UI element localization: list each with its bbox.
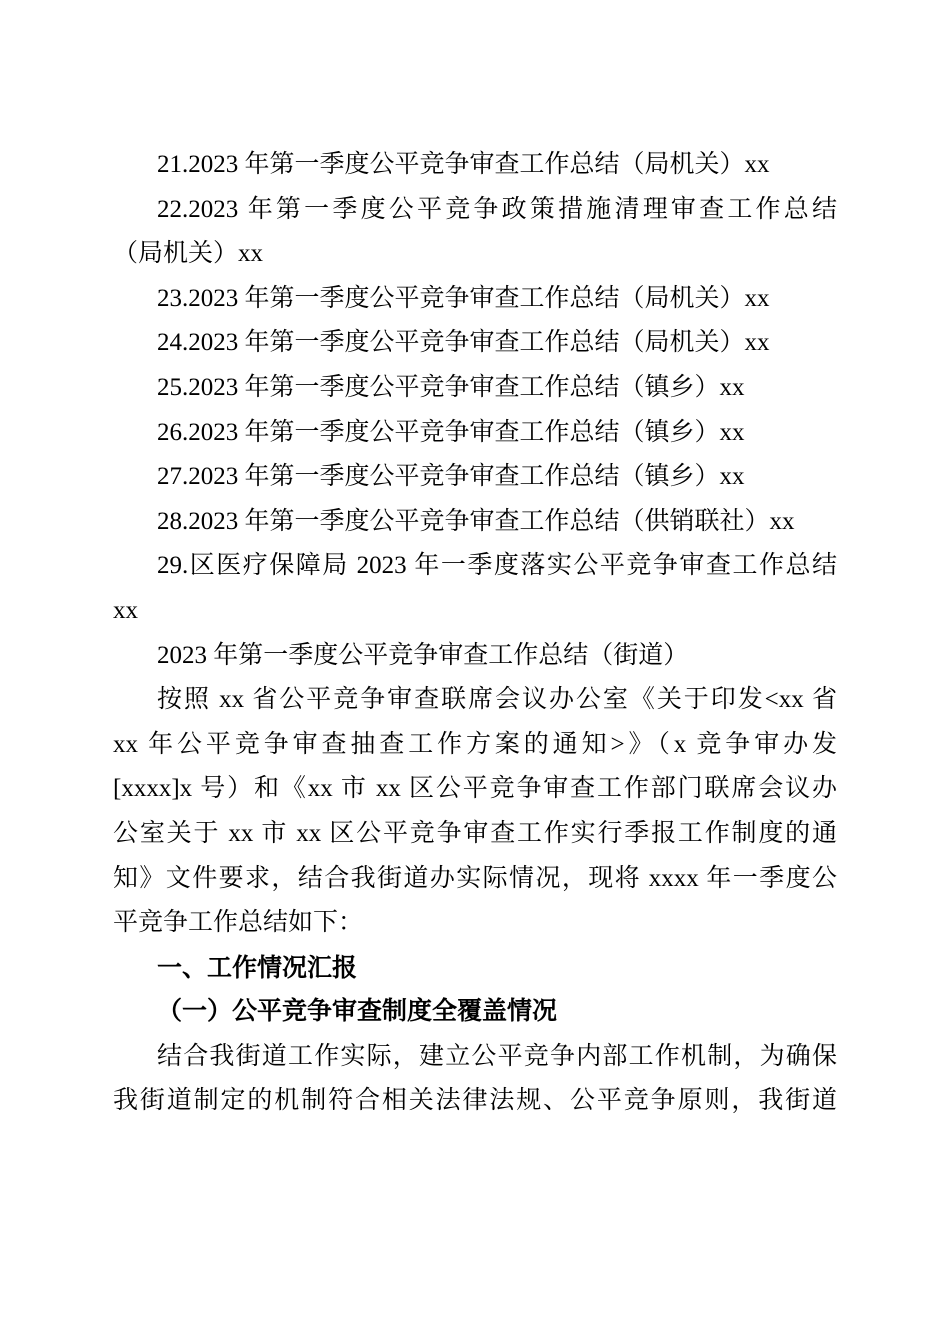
document-line: xx	[113, 589, 837, 634]
document-line: 25.2023 年第一季度公平竞争审查工作总结（镇乡）xx	[113, 366, 837, 411]
document-line: 27.2023 年第一季度公平竞争审查工作总结（镇乡）xx	[113, 455, 837, 500]
document-line: 24.2023 年第一季度公平竞争审查工作总结（局机关）xx	[113, 321, 837, 366]
document-line: 公室关于 xx 市 xx 区公平竞争审查工作实行季报工作制度的通	[113, 812, 837, 857]
document-line: xx 年公平竞争审查抽查工作方案的通知>》（x 竞争审办发	[113, 723, 837, 768]
document-line: 结合我街道工作实际，建立公平竞争内部工作机制，为确保	[113, 1035, 837, 1080]
document-line: 2023 年第一季度公平竞争审查工作总结（街道）	[113, 634, 837, 679]
document-line: 知》文件要求，结合我街道办实际情况，现将 xxxx 年一季度公	[113, 857, 837, 902]
document-line: 一、工作情况汇报	[113, 946, 837, 991]
document-line: 我街道制定的机制符合相关法律法规、公平竞争原则，我街道	[113, 1079, 837, 1124]
document-line: 28.2023 年第一季度公平竞争审查工作总结（供销联社）xx	[113, 500, 837, 545]
document-line: （一）公平竞争审查制度全覆盖情况	[113, 990, 837, 1035]
document-line: 按照 xx 省公平竞争审查联席会议办公室《关于印发<xx 省	[113, 678, 837, 723]
document-page: 21.2023 年第一季度公平竞争审查工作总结（局机关）xx22.2023 年第…	[0, 0, 950, 1344]
document-line: 平竞争工作总结如下：	[113, 901, 837, 946]
document-line: 23.2023 年第一季度公平竞争审查工作总结（局机关）xx	[113, 277, 837, 322]
document-content: 21.2023 年第一季度公平竞争审查工作总结（局机关）xx22.2023 年第…	[113, 143, 837, 1124]
document-line: 29.区医疗保障局 2023 年一季度落实公平竞争审查工作总结	[113, 544, 837, 589]
document-line: 22.2023 年第一季度公平竞争政策措施清理审查工作总结	[113, 188, 837, 233]
document-line: [xxxx]x 号）和《xx 市 xx 区公平竞争审查工作部门联席会议办	[113, 767, 837, 812]
document-line: （局机关）xx	[113, 232, 837, 277]
document-line: 21.2023 年第一季度公平竞争审查工作总结（局机关）xx	[113, 143, 837, 188]
document-line: 26.2023 年第一季度公平竞争审查工作总结（镇乡）xx	[113, 411, 837, 456]
